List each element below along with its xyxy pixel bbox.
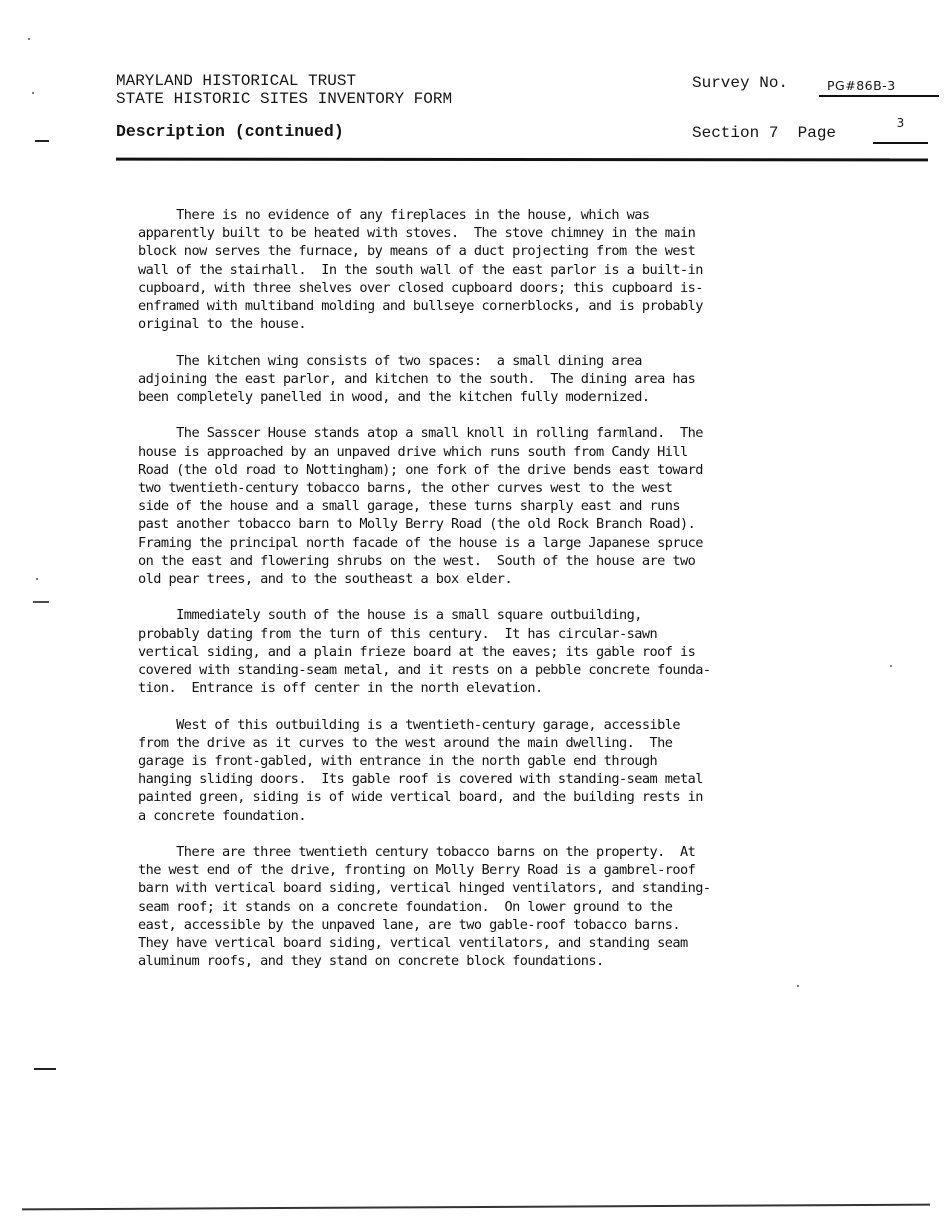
description-body: There is no evidence of any fireplaces i… <box>138 206 838 989</box>
organization-name: MARYLAND HISTORICAL TRUST <box>116 72 452 90</box>
scan-speck <box>36 578 38 580</box>
survey-label: Survey No. <box>692 74 788 92</box>
scan-speck <box>890 665 892 667</box>
scan-speck <box>797 985 799 987</box>
page-label: Page <box>798 124 836 142</box>
scan-mark <box>33 601 49 603</box>
paragraph-kitchen-wing: The kitchen wing consists of two spaces:… <box>138 352 838 407</box>
section-page-label: Section 7 Page <box>692 124 836 142</box>
footer-divider <box>22 1204 930 1211</box>
form-title: STATE HISTORIC SITES INVENTORY FORM <box>116 90 452 108</box>
paragraph-setting: The Sasscer House stands atop a small kn… <box>138 424 838 588</box>
paragraph-garage: West of this outbuilding is a twentieth-… <box>138 716 838 825</box>
scan-speck <box>28 38 30 40</box>
section-label: Section 7 <box>692 124 778 142</box>
form-header: MARYLAND HISTORICAL TRUST STATE HISTORIC… <box>116 72 452 108</box>
scan-mark <box>34 1068 56 1070</box>
paragraph-outbuilding: Immediately south of the house is a smal… <box>138 606 838 697</box>
paragraph-fireplaces: There is no evidence of any fireplaces i… <box>138 206 838 333</box>
survey-number: PG#86B-3 <box>819 78 939 97</box>
page-number: 3 <box>873 116 928 144</box>
header-divider <box>116 158 928 162</box>
scan-mark <box>35 140 49 142</box>
paragraph-tobacco-barns: There are three twentieth century tobacc… <box>138 843 838 970</box>
scan-speck <box>32 92 34 94</box>
section-heading: Description (continued) <box>116 122 344 141</box>
